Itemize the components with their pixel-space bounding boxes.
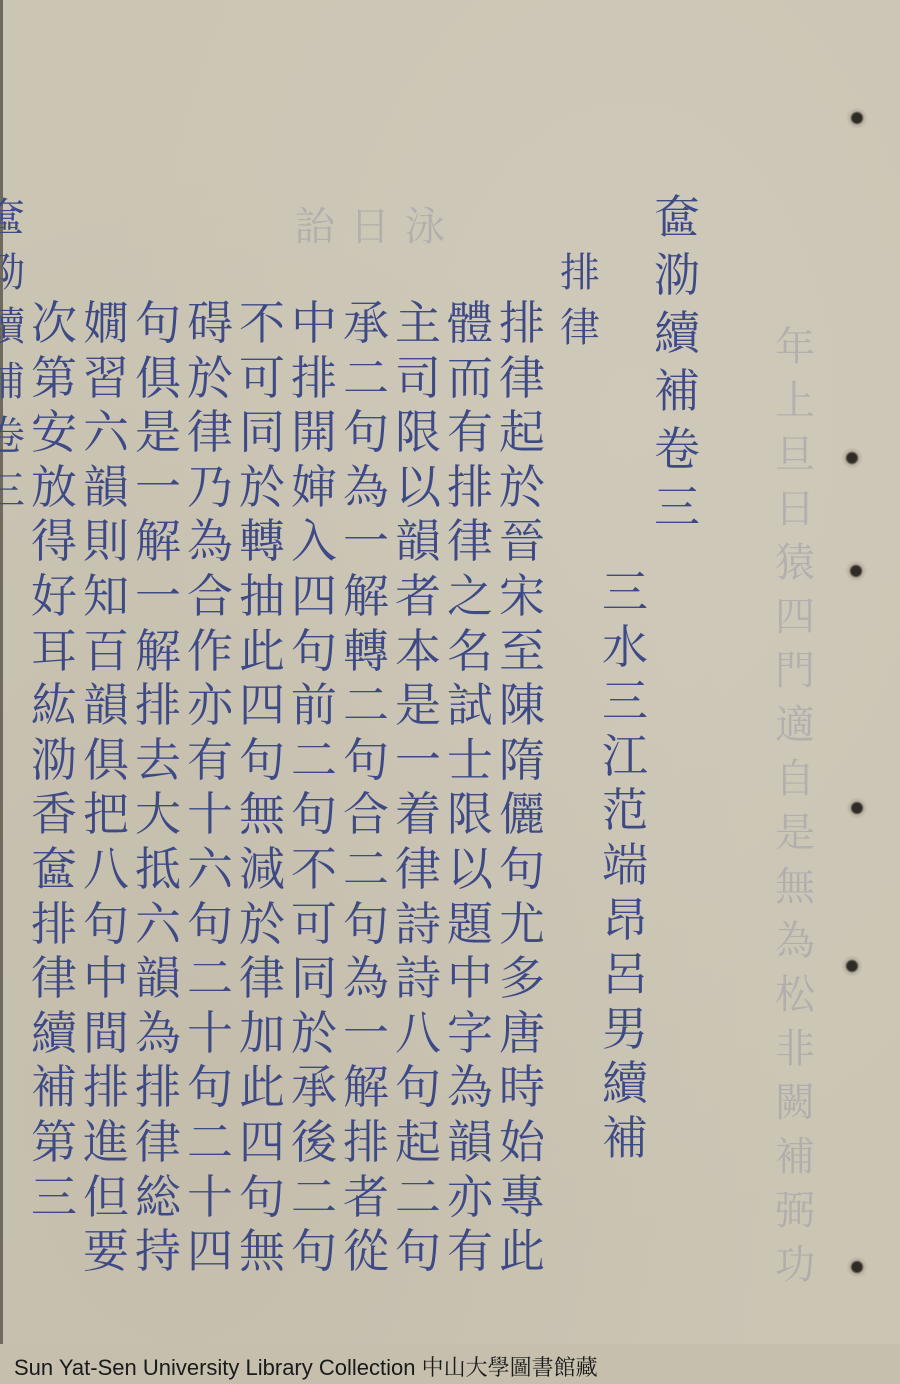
bleed-through-heading: 泳 — [400, 200, 450, 254]
bleed-through-heading: 詒 — [290, 200, 340, 254]
binding-hole — [846, 107, 868, 129]
binding-hole — [841, 447, 863, 469]
binding-hole — [846, 1256, 868, 1278]
body-column-8: 句俱是一解一解排去大抵六韻為排律総持 — [131, 296, 185, 1279]
manuscript-page: 年上旦日猿四門適自是無為松非闕補弼功 詒 日 泳 奩 泐 續 補 卷 三 三 水… — [0, 0, 900, 1384]
body-column-7: 碍於律乃為合作亦有十六句二十句二十四 — [183, 296, 237, 1279]
binding-hole — [846, 797, 868, 819]
author-column: 三 水 三 江 范 端 昂 呂 男 續 補 — [598, 565, 652, 1166]
bleed-through-text: 年上旦日猿四門適自是無為松非闕補弼功 — [770, 320, 820, 1292]
body-column-10: 次第安放得好耳紘泐香奩排律續補第三 — [27, 296, 81, 1224]
title-column: 奩 泐 續 補 卷 三 — [650, 188, 704, 536]
body-column-6: 不可同於轉抽此四句無減於律加此四句無 — [235, 296, 289, 1279]
edge-column-partial: 奩 泐 續 補 卷 三 — [0, 190, 32, 518]
binding-hole — [841, 955, 863, 977]
body-column-1: 排律起於晉宋至陳隋儷句尤多唐時始專此 — [495, 296, 549, 1279]
bleed-through-heading: 日 — [345, 200, 395, 254]
section-heading: 排 律 — [553, 246, 607, 355]
body-column-5: 中排開婶入四句前二句不可同於承後二句 — [287, 296, 341, 1279]
collection-label: Sun Yat-Sen University Library Collectio… — [14, 1351, 598, 1382]
body-column-2: 體而有排律之名試士限以題中字為韻亦有 — [443, 296, 497, 1279]
binding-hole — [845, 560, 867, 582]
body-column-3: 主司限以韻者本是一着律詩詩八句起二句 — [391, 296, 445, 1279]
body-column-4: 承二句為一解轉二句合二句為一解排者從 — [339, 296, 393, 1279]
body-column-9: 嫺習六韻則知百韻俱把八句中間排進但要 — [79, 296, 133, 1279]
